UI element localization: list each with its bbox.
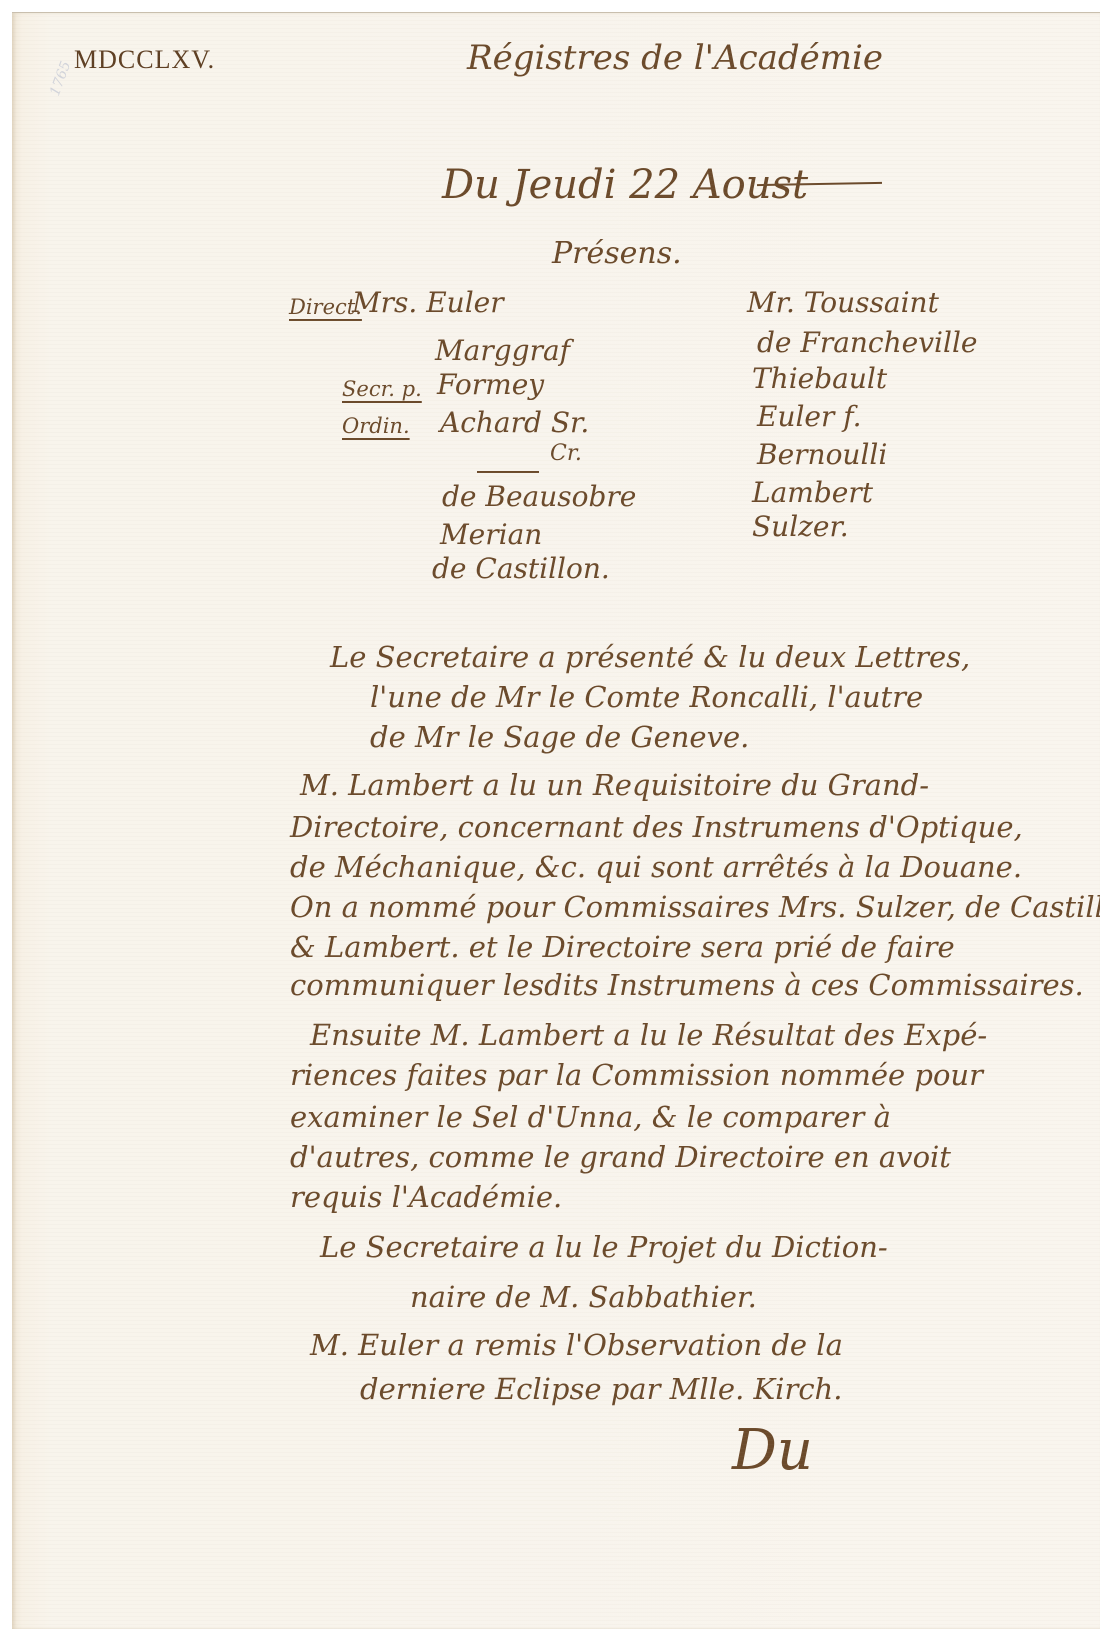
- faint-margin-note: 1765: [48, 60, 73, 98]
- attendee-name: de Beausobre: [442, 483, 636, 511]
- attendee-name: Mrs. Euler: [352, 289, 504, 317]
- minutes-line: Directoire, concernant des Instrumens d'…: [290, 813, 1023, 842]
- minutes-line: On a nommé pour Commissaires Mrs. Sulzer…: [290, 893, 1100, 922]
- attendee-name: Formey: [437, 371, 544, 399]
- minutes-line: de Méchanique, &c. qui sont arrêtés à la…: [290, 853, 1022, 882]
- minutes-line: Le Secretaire a lu le Projet du Diction-: [320, 1233, 888, 1262]
- attendee-name: Lambert: [752, 479, 873, 507]
- attendee-name: Cr.: [550, 443, 582, 465]
- minutes-line: Le Secretaire a présenté & lu deux Lettr…: [330, 643, 970, 672]
- attendee-name: Bernoulli: [757, 441, 887, 469]
- attendee-name: Merian: [440, 521, 542, 549]
- role-label-ordinary: Ordin.: [342, 416, 410, 437]
- minutes-line: d'autres, comme le grand Directoire en a…: [290, 1143, 951, 1172]
- role-label-secretary: Secr. p.: [342, 379, 422, 400]
- minutes-line: & Lambert. et le Directoire sera prié de…: [290, 933, 955, 962]
- attendee-name: Sulzer.: [752, 513, 849, 541]
- minutes-line: examiner le Sel d'Unna, & le comparer à: [290, 1103, 891, 1132]
- minutes-line: l'une de Mr le Comte Roncalli, l'autre: [370, 683, 923, 712]
- separator-rule: [477, 471, 539, 473]
- attendee-name: Mr. Toussaint: [747, 289, 939, 317]
- manuscript-page: MDCCLXV. 1765 Régistres de l'Académie Du…: [12, 12, 1100, 1629]
- presens-heading: Présens.: [552, 239, 682, 269]
- attendee-name: de Castillon.: [432, 555, 610, 583]
- attendee-name: Marggraf: [435, 337, 570, 365]
- register-title: Régistres de l'Académie: [467, 41, 883, 75]
- attendee-name: Euler f.: [757, 403, 862, 431]
- year-roman-numeral: MDCCLXV.: [74, 47, 215, 73]
- minutes-line: M. Euler a remis l'Observation de la: [310, 1331, 843, 1360]
- minutes-line: naire de M. Sabbathier.: [410, 1283, 757, 1312]
- minutes-line: derniere Eclipse par Mlle. Kirch.: [360, 1375, 842, 1404]
- minutes-line: Ensuite M. Lambert a lu le Résultat des …: [310, 1021, 987, 1050]
- minutes-line: communiquer lesdits Instrumens à ces Com…: [290, 971, 1084, 1000]
- minutes-line: requis l'Académie.: [290, 1183, 562, 1212]
- attendee-name: de Francheville: [757, 329, 977, 357]
- minutes-line: riences faites par la Commission nommée …: [290, 1061, 983, 1090]
- attendee-name: Thiebault: [752, 365, 887, 393]
- minutes-line: M. Lambert a lu un Requisitoire du Grand…: [300, 771, 929, 800]
- session-date: Du Jeudi 22 Aoust: [442, 165, 808, 205]
- attendee-name: Achard Sr.: [440, 409, 589, 437]
- role-label-director: Direct.: [289, 297, 362, 318]
- minutes-line: de Mr le Sage de Geneve.: [370, 723, 749, 752]
- secretary-signature: Du: [732, 1423, 813, 1479]
